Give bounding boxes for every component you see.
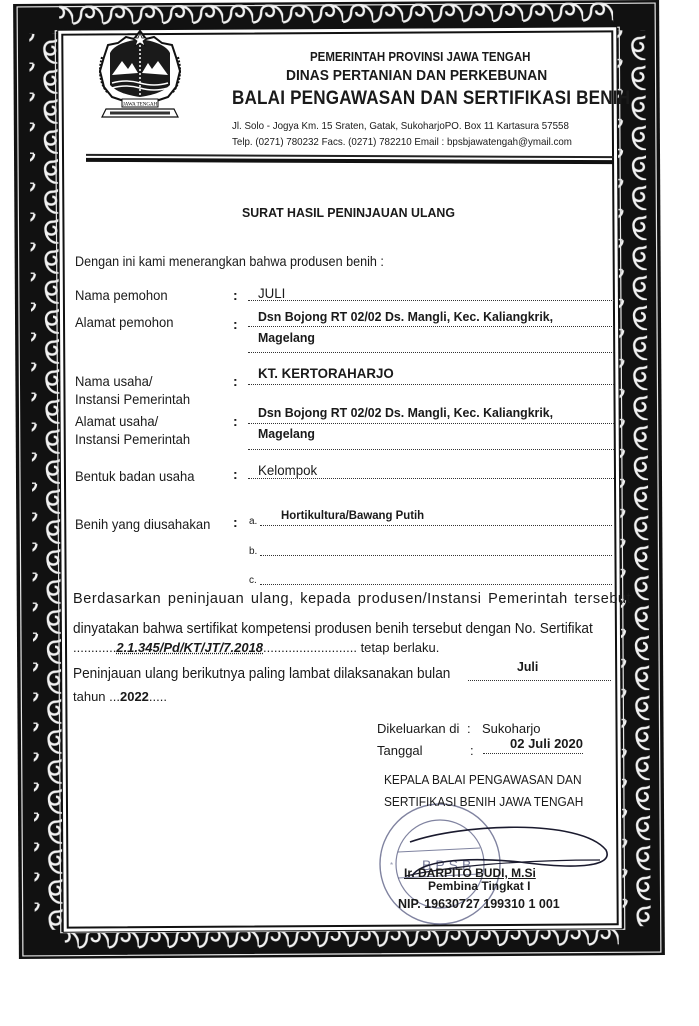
letterhead-agency: DINAS PERTANIAN DAN PERKEBUNAN — [286, 67, 547, 84]
colon: : — [233, 413, 238, 429]
dotted-line — [248, 326, 614, 327]
value-nama-usaha: KT. KERTORAHARJO — [258, 365, 394, 381]
dotted-line — [483, 753, 583, 754]
label-nama-usaha-sub: Instansi Pemerintah — [75, 391, 190, 407]
dotted-line — [248, 352, 614, 353]
dotted-line — [248, 449, 614, 450]
body-line-2: dinyatakan bahwa sertifikat kompetensi p… — [73, 621, 593, 637]
certificate-number: 2.1.345/Pd/KT/JT/7.2018 — [116, 640, 263, 655]
svg-text:JAWA TENGAH: JAWA TENGAH — [123, 103, 158, 108]
value-nama-pemohon: JULI — [258, 285, 285, 301]
body-line-1: Berdasarkan peninjauan ulang, kepada pro… — [73, 591, 631, 607]
colon: : — [470, 743, 474, 758]
colon: : — [233, 514, 238, 530]
letterhead-divider-thin — [86, 154, 614, 158]
dotted-line — [468, 680, 611, 681]
letterhead-province: PEMERINTAH PROVINSI JAWA TENGAH — [310, 50, 530, 64]
date-label: Tanggal — [377, 743, 423, 758]
document-title: SURAT HASIL PENINJAUAN ULANG — [242, 205, 455, 220]
value-alamat-usaha-line2: Magelang — [258, 426, 315, 441]
issued-place-value: Sukoharjo — [482, 721, 541, 736]
signatory-nip: NIP. 19630727 199310 1 001 — [398, 897, 560, 911]
colon: : — [233, 287, 238, 303]
label-nama-pemohon: Nama pemohon — [75, 287, 168, 303]
signatory-name: Ir. DARPITO BUDI, M.Si — [404, 866, 536, 880]
dotted-line — [248, 478, 614, 479]
letterhead-address: Jl. Solo - Jogya Km. 15 Sraten, Gatak, S… — [232, 120, 569, 132]
letterhead-divider-thick — [86, 158, 614, 164]
next-review-year: 2022 — [120, 689, 149, 704]
letterhead-contact: Telp. (0271) 780232 Facs. (0271) 782210 … — [232, 136, 572, 148]
year-line: tahun ...2022..... — [73, 689, 167, 704]
value-benih-a: Hortikultura/Bawang Putih — [281, 508, 424, 522]
jawa-tengah-emblem-icon: JAWA TENGAH — [96, 27, 184, 123]
label-alamat-pemohon: Alamat pemohon — [75, 314, 173, 330]
signatory-position-line2: SERTIFIKASI BENIH JAWA TENGAH — [384, 795, 583, 809]
label-nama-usaha: Nama usaha/ — [75, 373, 152, 389]
benih-letter-a: a. — [249, 516, 257, 527]
signatory-rank: Pembina Tingkat I — [428, 879, 530, 893]
dotted-line — [260, 525, 612, 526]
colon: : — [467, 721, 471, 736]
letterhead-institution: BALAI PENGAWASAN DAN SERTIFIKASI BENIH — [232, 88, 630, 110]
colon: : — [233, 316, 238, 332]
dotted-line — [260, 555, 612, 556]
dotted-line — [260, 584, 612, 585]
issued-place-label: Dikeluarkan di — [377, 721, 459, 736]
benih-letter-b: b. — [249, 546, 257, 557]
next-review-line: Peninjauan ulang berikutnya paling lamba… — [73, 666, 450, 682]
document-content: JAWA TENGAH PEMERINTAH PROVINSI JAWA TEN… — [0, 0, 699, 1026]
value-alamat-usaha-line1: Dsn Bojong RT 02/02 Ds. Mangli, Kec. Kal… — [258, 405, 553, 420]
label-benih: Benih yang diusahakan — [75, 516, 210, 532]
dotted-line — [248, 300, 614, 301]
value-alamat-pemohon-line1: Dsn Bojong RT 02/02 Ds. Mangli, Kec. Kal… — [258, 309, 553, 324]
dotted-line — [248, 423, 614, 424]
colon: : — [233, 373, 238, 389]
intro-text: Dengan ini kami menerangkan bahwa produs… — [75, 253, 384, 269]
colon: : — [233, 466, 238, 482]
next-review-month: Juli — [517, 659, 538, 674]
label-alamat-usaha-sub: Instansi Pemerintah — [75, 431, 190, 447]
document-page: JAWA TENGAH PEMERINTAH PROVINSI JAWA TEN… — [0, 0, 699, 1026]
value-alamat-pemohon-line2: Magelang — [258, 330, 315, 345]
signatory-position-line1: KEPALA BALAI PENGAWASAN DAN — [384, 773, 582, 787]
benih-letter-c: c. — [249, 575, 257, 586]
dotted-line — [248, 384, 614, 385]
label-bentuk-badan-usaha: Bentuk badan usaha — [75, 468, 194, 484]
certificate-line: ............2.1.345/Pd/KT/JT/7.2018.....… — [73, 640, 439, 655]
label-alamat-usaha: Alamat usaha/ — [75, 413, 158, 429]
date-value: 02 Juli 2020 — [510, 736, 583, 751]
value-bentuk-badan-usaha: Kelompok — [258, 462, 317, 478]
